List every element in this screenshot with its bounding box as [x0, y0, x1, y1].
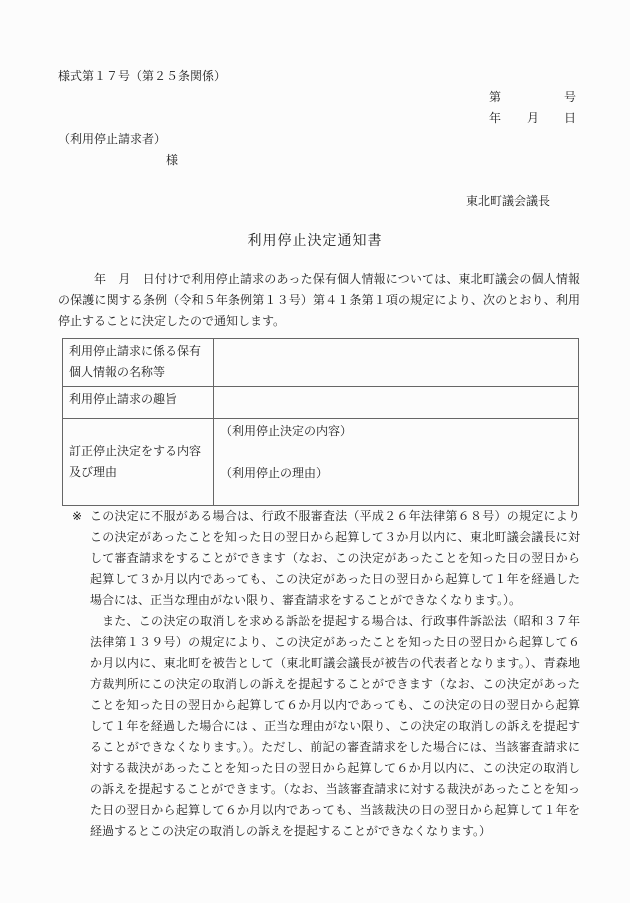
- table-row: 利用停止請求の趣旨: [63, 387, 579, 419]
- intro-paragraph: 年 月 日付けで利用停止請求のあった保有個人情報については、東北町議会の個人情報…: [58, 269, 580, 332]
- row-label: 利用停止請求に係る保有個人情報の名称等: [63, 339, 214, 387]
- decision-reason-label: （利用停止の理由）: [220, 463, 572, 484]
- note-appeal-text: この決定に不服がある場合は、行政不服審査法（平成２６年法律第６８号）の規定により…: [90, 509, 580, 607]
- table-row: 利用停止請求に係る保有個人情報の名称等: [63, 339, 579, 387]
- sender: 東北町議会議長: [466, 194, 550, 208]
- row-label: 訂正停止決定をする内容及び理由: [63, 419, 214, 506]
- recipient-honorific: 様: [166, 153, 178, 167]
- document-number-prefix: 第: [489, 90, 501, 104]
- notes-section: ※ この決定に不服がある場合は、行政不服審査法（平成２６年法律第６８号）の規定に…: [90, 506, 580, 842]
- date-day: 日: [564, 111, 576, 125]
- document-title: 利用停止決定通知書: [0, 234, 630, 248]
- recipient-label: （利用停止請求者）: [58, 132, 166, 146]
- row-label: 利用停止請求の趣旨: [63, 387, 214, 419]
- note-marker: ※: [72, 506, 82, 527]
- note-lawsuit: また、この決定の取消しを求める訴訟を提起する場合は、行政事件訴訟法（昭和３７年法…: [90, 611, 580, 842]
- form-number: 様式第１７号（第２５条関係）: [58, 69, 226, 83]
- row-value: [214, 387, 579, 419]
- date-month: 月: [527, 111, 539, 125]
- decision-content-label: （利用停止決定の内容）: [220, 421, 572, 442]
- document-number-suffix: 号: [564, 90, 576, 104]
- row-value: [214, 339, 579, 387]
- table-row: 訂正停止決定をする内容及び理由 （利用停止決定の内容） （利用停止の理由）: [63, 419, 579, 506]
- note-appeal: ※ この決定に不服がある場合は、行政不服審査法（平成２６年法律第６８号）の規定に…: [90, 506, 580, 611]
- info-table: 利用停止請求に係る保有個人情報の名称等 利用停止請求の趣旨 訂正停止決定をする内…: [62, 338, 579, 506]
- date-year: 年: [489, 111, 501, 125]
- row-value: （利用停止決定の内容） （利用停止の理由）: [214, 419, 579, 506]
